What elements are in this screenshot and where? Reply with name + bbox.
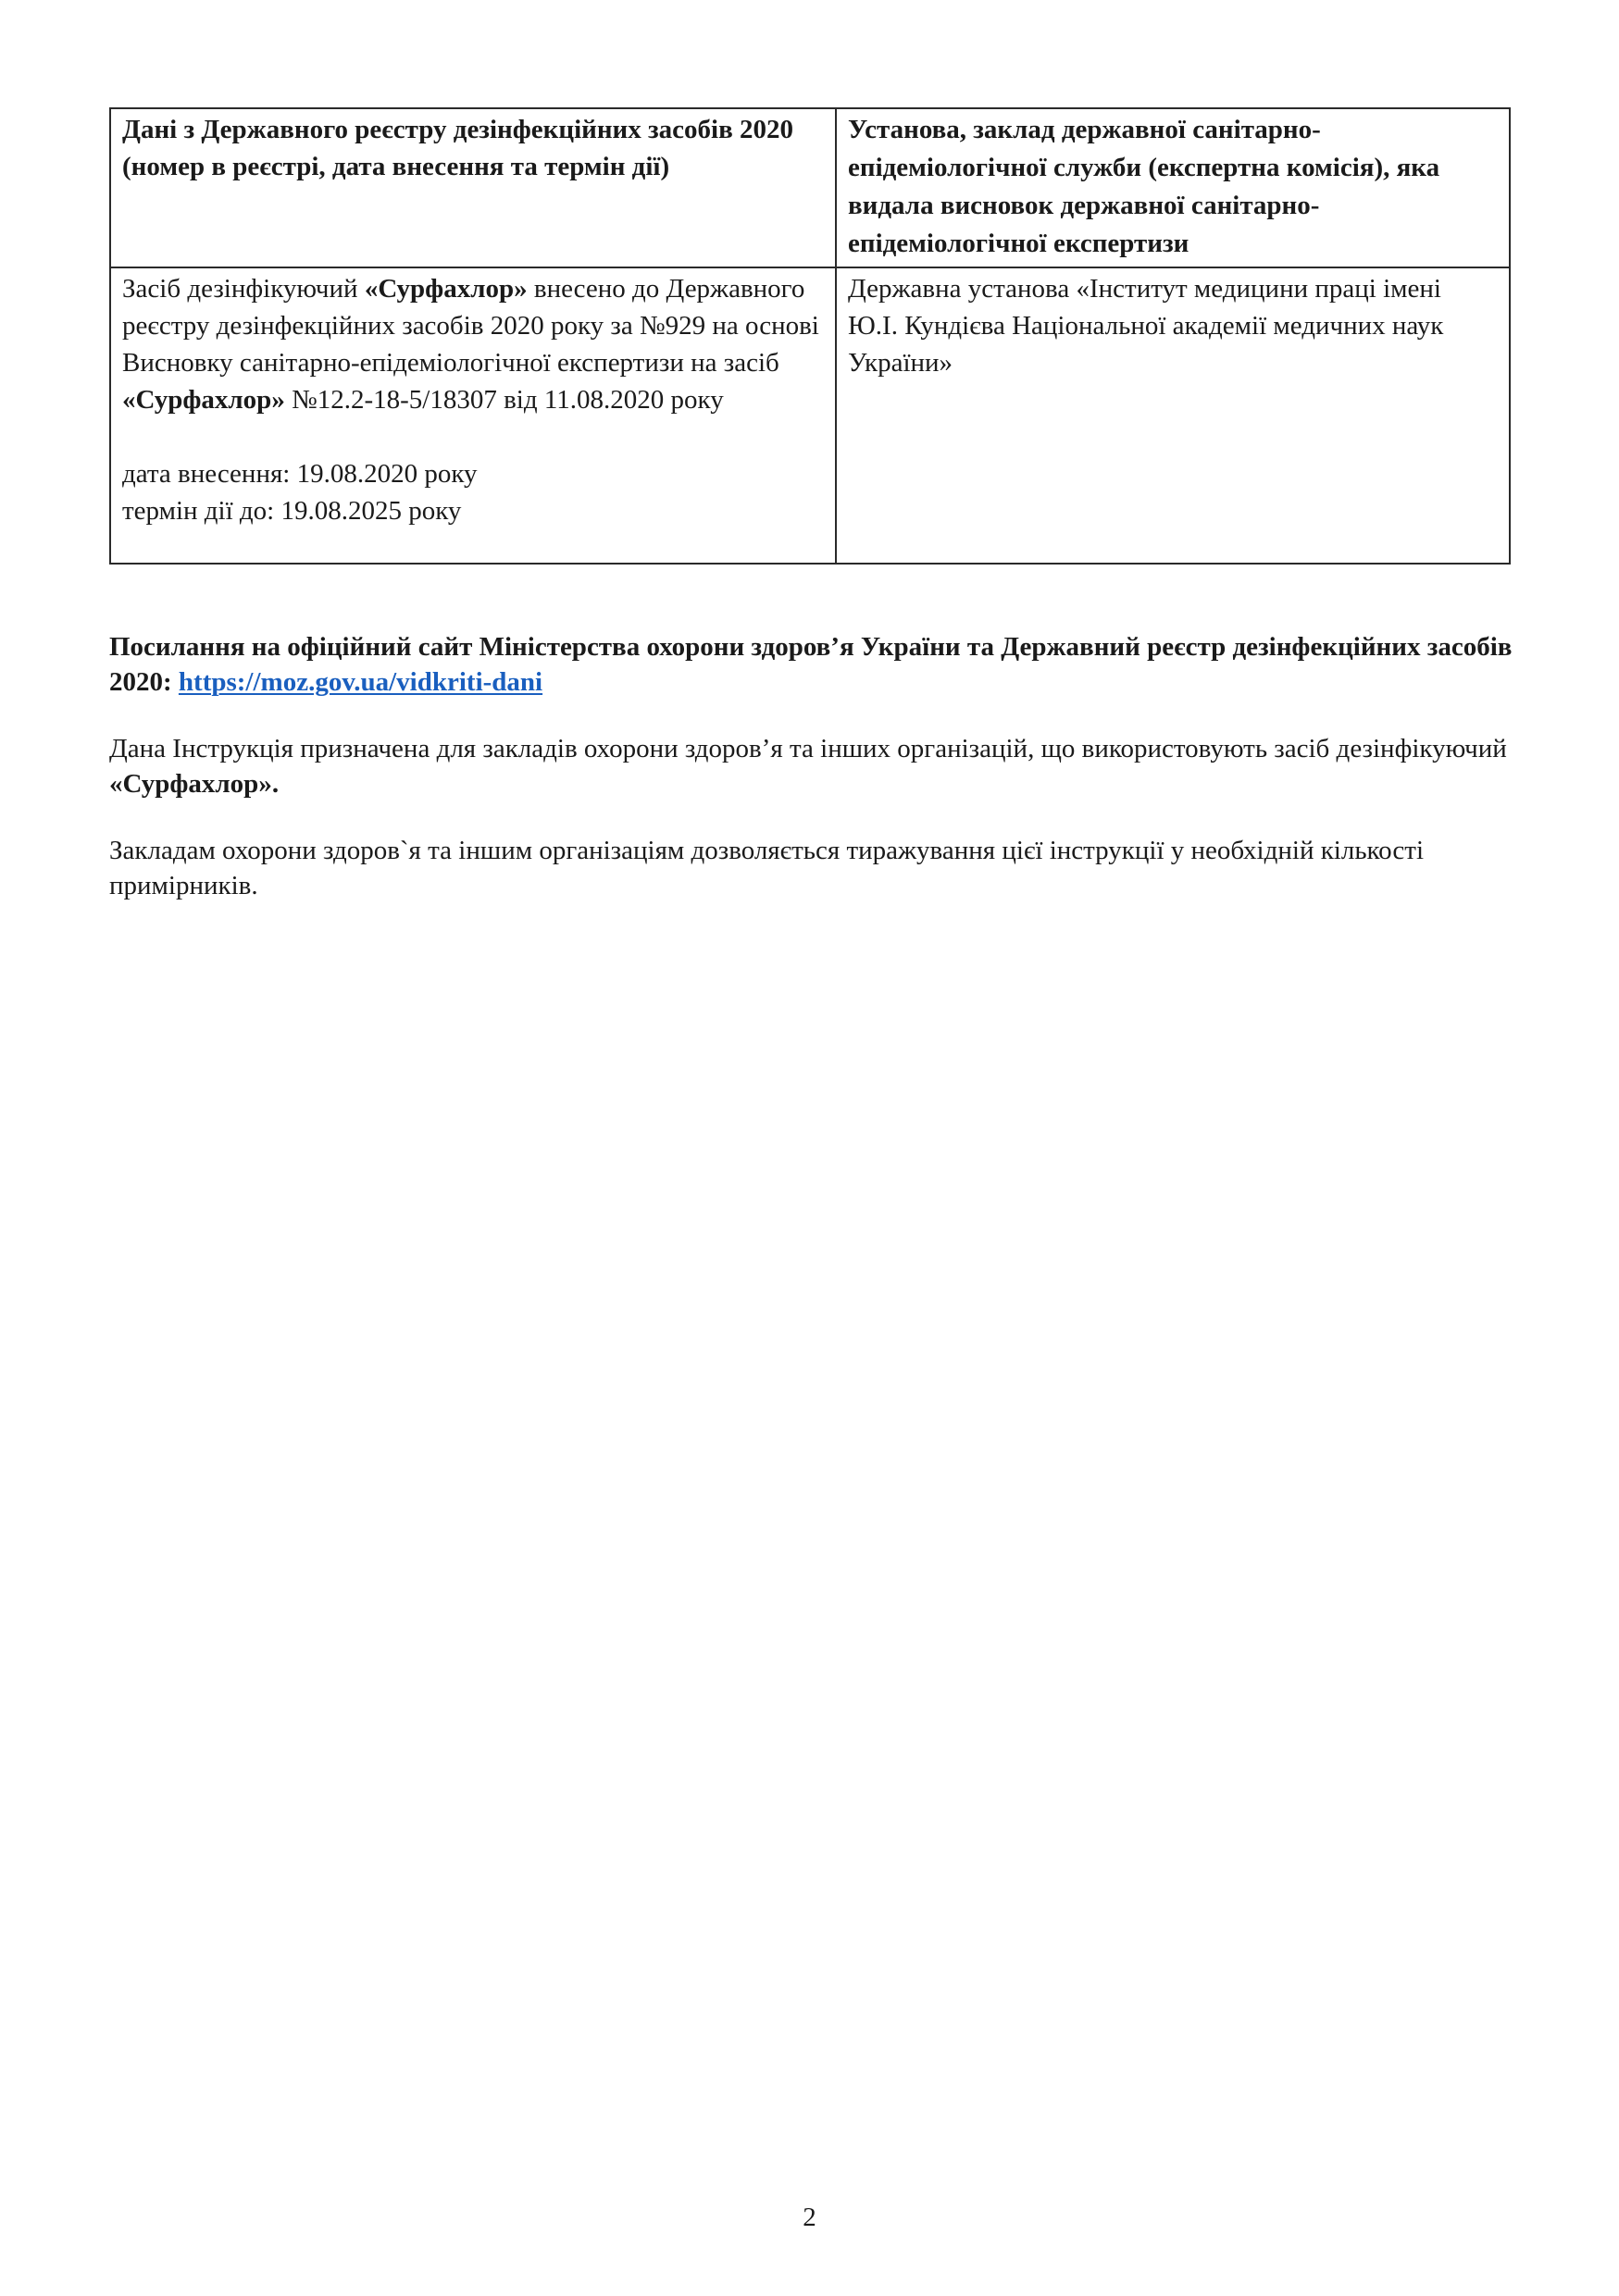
conclusion-reference: №12.2-18-5/18307 від 11.08.2020 року <box>285 385 724 415</box>
product-name: «Сурфахлор» <box>122 385 285 415</box>
registry-table: Дані з Державного реєстру дезінфекційних… <box>109 107 1511 565</box>
table-header-row: Дані з Державного реєстру дезінфекційних… <box>110 108 1510 267</box>
product-name: «Сурфахлор». <box>109 769 279 799</box>
header-registry-data: Дані з Державного реєстру дезінфекційних… <box>110 108 836 267</box>
page-number: 2 <box>0 2201 1619 2234</box>
institution-cell: Державна установа «Інститут медицини пра… <box>836 267 1510 564</box>
table-row: Засіб дезінфікуючий «Сурфахлор» внесено … <box>110 267 1510 564</box>
valid-until: термін дії до: 19.08.2025 року <box>122 492 824 529</box>
official-site-reference: Посилання на офіційний сайт Міністерства… <box>109 629 1516 700</box>
registry-data-cell: Засіб дезінфікуючий «Сурфахлор» внесено … <box>110 267 836 564</box>
registry-intro: Засіб дезінфікуючий <box>122 274 365 304</box>
registry-description: Засіб дезінфікуючий «Сурфахлор» внесено … <box>122 270 824 418</box>
moz-open-data-link[interactable]: https://moz.gov.ua/vidkriti-dani <box>179 667 542 697</box>
instruction-purpose-paragraph: Дана Інструкція призначена для закладів … <box>109 731 1516 801</box>
purpose-text: Дана Інструкція призначена для закладів … <box>109 734 1507 763</box>
header-institution: Установа, заклад державної санітарно-епі… <box>836 108 1510 267</box>
spacer <box>122 418 824 455</box>
document-page: Дані з Державного реєстру дезінфекційних… <box>0 0 1619 2296</box>
entry-date: дата внесення: 19.08.2020 року <box>122 455 824 492</box>
reproduction-permission-paragraph: Закладам охорони здоров`я та іншим орган… <box>109 833 1516 903</box>
product-name: «Сурфахлор» <box>365 274 528 304</box>
